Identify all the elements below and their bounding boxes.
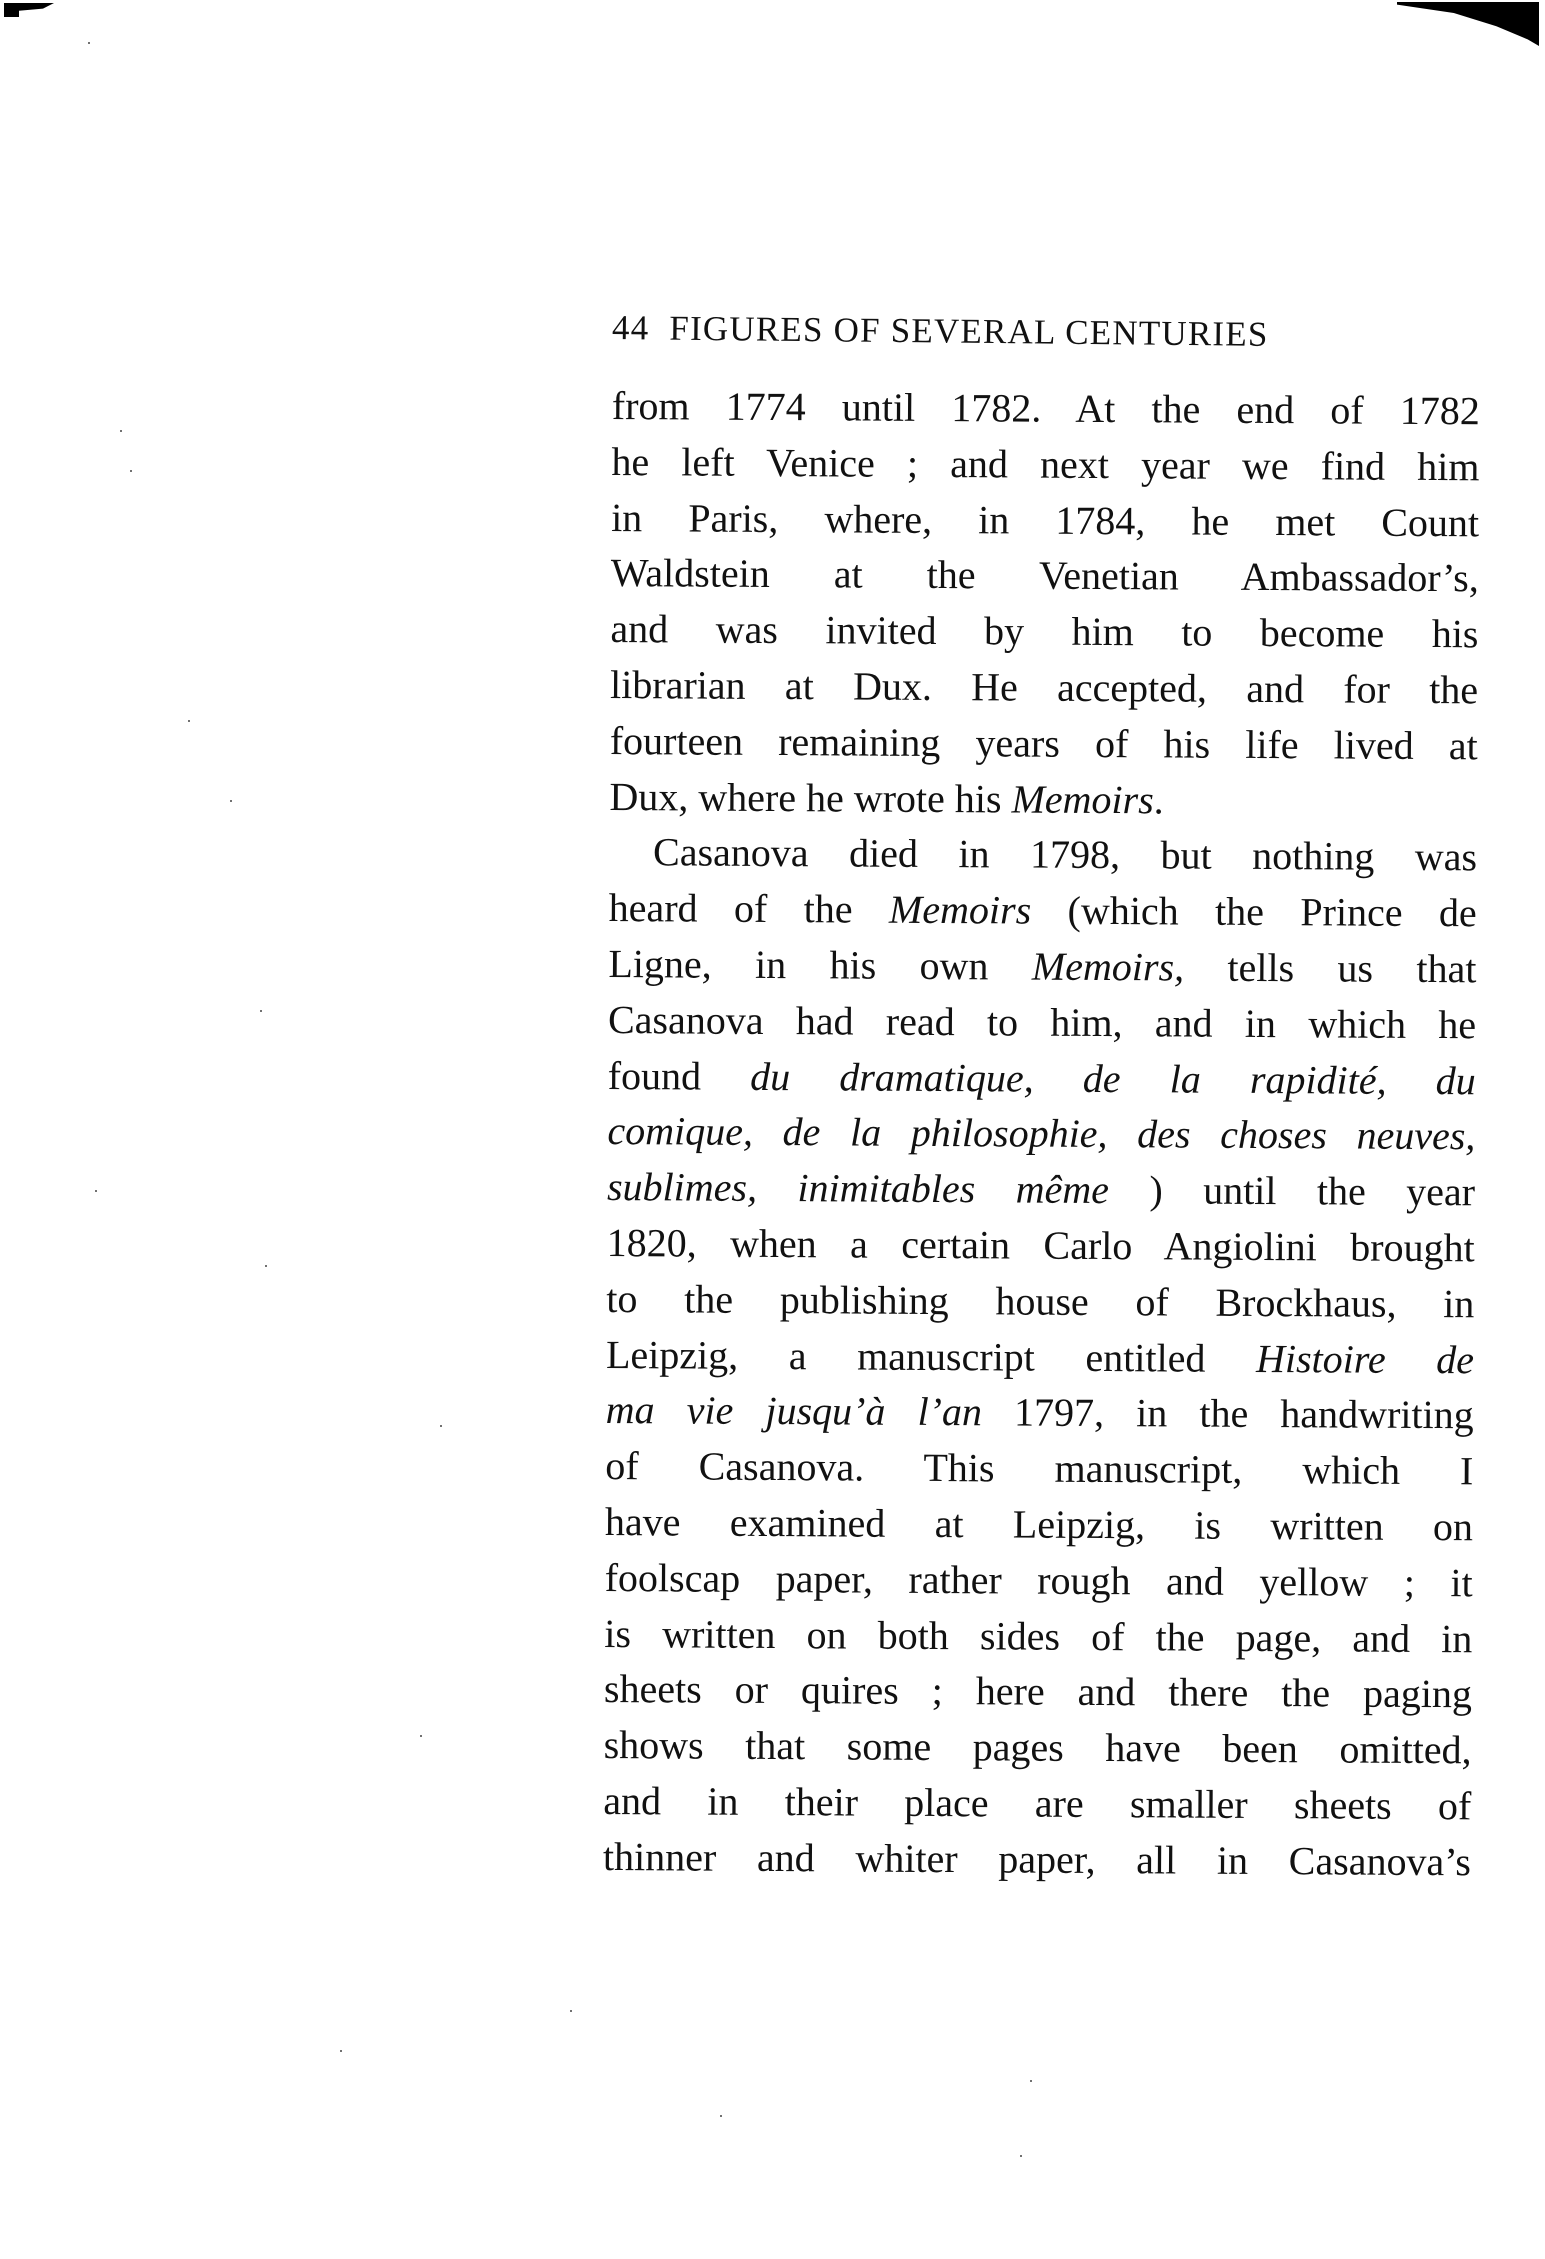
- text-line: is written on both sides of the page, an…: [604, 1606, 1472, 1667]
- scan-speck: [88, 42, 90, 44]
- scan-speck: [1030, 2080, 1032, 2082]
- text-line: 1820, when a certain Carlo Angiolini bro…: [607, 1215, 1475, 1276]
- scan-speck: [720, 2115, 722, 2117]
- scan-speck: [188, 720, 190, 722]
- text-line: thinner and whiter paper, all in Casanov…: [603, 1829, 1471, 1890]
- scan-speck: [440, 1425, 442, 1427]
- text-line: librarian at Dux. He accepted, and for t…: [610, 657, 1478, 718]
- italic-title: Histoire de: [1256, 1335, 1474, 1381]
- text-line: sublimes, inimitables même ) until the y…: [607, 1159, 1475, 1220]
- text-line: Dux, where he wrote his Memoirs.: [609, 769, 1477, 830]
- scan-speck: [1020, 2155, 1022, 2157]
- italic-quote: du dramatique, de la rapidité, du: [750, 1053, 1476, 1102]
- text-line: have examined at Leipzig, is written on: [605, 1494, 1473, 1555]
- text-line: found du dramatique, de la rapidité, du: [608, 1048, 1476, 1109]
- italic-quote: comique, de la philosophie, des choses n…: [607, 1108, 1475, 1158]
- italic-quote: sublimes, inimitables même: [607, 1164, 1109, 1212]
- scan-speck: [260, 1010, 262, 1012]
- scan-speck: [420, 1735, 422, 1737]
- text-line: Ligne, in his own Memoirs, tells us that: [608, 936, 1476, 997]
- scan-speck: [130, 470, 132, 472]
- scan-speck: [95, 1190, 97, 1192]
- text-line: from 1774 until 1782. At the end of 1782: [612, 378, 1480, 439]
- book-page: 44 FIGURES OF SEVERAL CENTURIES from 177…: [612, 300, 1480, 1885]
- italic-title: ma vie jusqu’à l’an: [606, 1387, 983, 1434]
- text-line: fourteen remaining years of his life liv…: [610, 713, 1478, 774]
- text-line: in Paris, where, in 1784, he met Count: [611, 490, 1479, 551]
- text-line: to the publishing house of Brockhaus, in: [606, 1271, 1474, 1332]
- scan-speck: [230, 800, 232, 802]
- text-line: Casanova had read to him, and in which h…: [608, 992, 1476, 1053]
- running-title: FIGURES OF SEVERAL CENTURIES: [669, 301, 1269, 363]
- text-line: ma vie jusqu’à l’an 1797, in the handwri…: [606, 1382, 1474, 1443]
- text-line: shows that some pages have been omitted,: [603, 1717, 1471, 1778]
- scan-artifact-top-right: [1397, 2, 1539, 46]
- text-line: sheets or quires ; here and there the pa…: [604, 1661, 1472, 1722]
- italic-title: Memoirs,: [1032, 944, 1184, 990]
- scan-artifact-top-left: [4, 3, 54, 17]
- body-text: from 1774 until 1782. At the end of 1782…: [603, 378, 1480, 1890]
- text-line: heard of the Memoirs (which the Prince d…: [609, 880, 1477, 941]
- page-number: 44: [612, 300, 650, 356]
- running-head: 44 FIGURES OF SEVERAL CENTURIES: [612, 300, 1481, 365]
- scan-speck: [340, 2050, 342, 2052]
- text-line: of Casanova. This manuscript, which I: [605, 1438, 1473, 1499]
- text-line: comique, de la philosophie, des choses n…: [607, 1103, 1475, 1164]
- scan-speck: [570, 2010, 572, 2012]
- text-line: Waldstein at the Venetian Ambassador’s,: [611, 545, 1479, 606]
- text-line: and in their place are smaller sheets of: [603, 1773, 1471, 1834]
- text-line: and was invited by him to become his: [610, 601, 1478, 662]
- text-line: foolscap paper, rather rough and yellow …: [605, 1550, 1473, 1611]
- italic-title: Memoirs: [889, 887, 1031, 933]
- text-line: Casanova died in 1798, but nothing was: [609, 824, 1477, 885]
- scan-speck: [265, 1265, 267, 1267]
- text-line: Leipzig, a manuscript entitled Histoire …: [606, 1327, 1474, 1388]
- scan-speck: [120, 430, 122, 432]
- text-line: he left Venice ; and next year we find h…: [611, 434, 1479, 495]
- italic-title: Memoirs: [1011, 776, 1153, 822]
